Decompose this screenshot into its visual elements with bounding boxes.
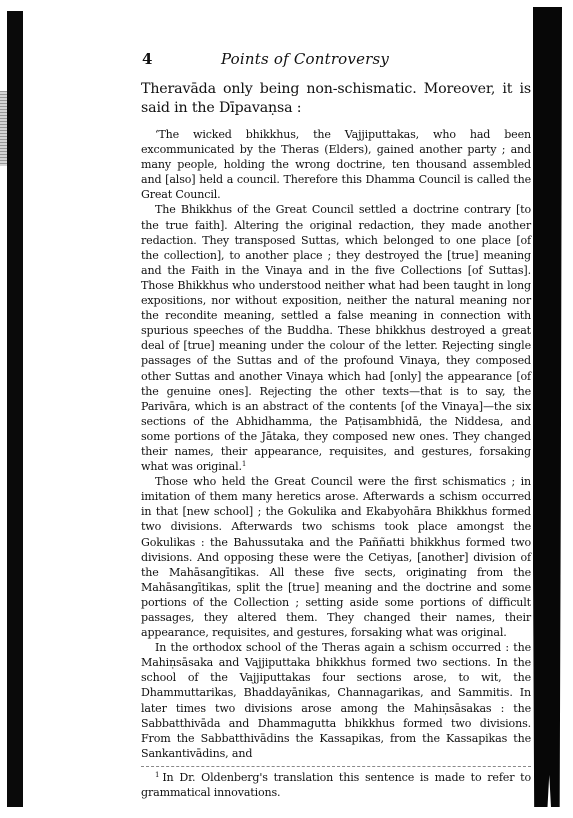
- quote-paragraph: Those who held the Great Council were th…: [141, 474, 531, 640]
- footnote: 1In Dr. Oldenberg's translation this sen…: [141, 770, 531, 800]
- footnote-text: In Dr. Oldenberg's translation this sent…: [141, 771, 531, 799]
- quote-paragraph: The Bhikkhus of the Great Council settle…: [141, 202, 531, 474]
- footnote-reference[interactable]: 1: [242, 460, 246, 468]
- footnote-mark: 1: [155, 771, 159, 779]
- scan-edge-right: [533, 7, 562, 807]
- quote-paragraph: In the orthodox school of the Theras aga…: [141, 640, 531, 761]
- running-title: Points of Controversy: [221, 50, 389, 68]
- quote-paragraph-text: The Bhikkhus of the Great Council settle…: [141, 203, 531, 473]
- scan-edge-left: [7, 11, 23, 807]
- lead-paragraph: Theravāda only being non-schismatic. Mor…: [141, 80, 531, 118]
- quote-paragraph: ‘The wicked bhikkhus, the Vajjiputtakas,…: [141, 127, 531, 202]
- book-page: 4 Points of Controversy Theravāda only b…: [141, 50, 531, 800]
- block-quote: ‘The wicked bhikkhus, the Vajjiputtakas,…: [141, 127, 531, 761]
- footnote-divider: [141, 766, 531, 767]
- page-number: 4: [142, 50, 152, 68]
- running-head: 4 Points of Controversy: [141, 50, 531, 70]
